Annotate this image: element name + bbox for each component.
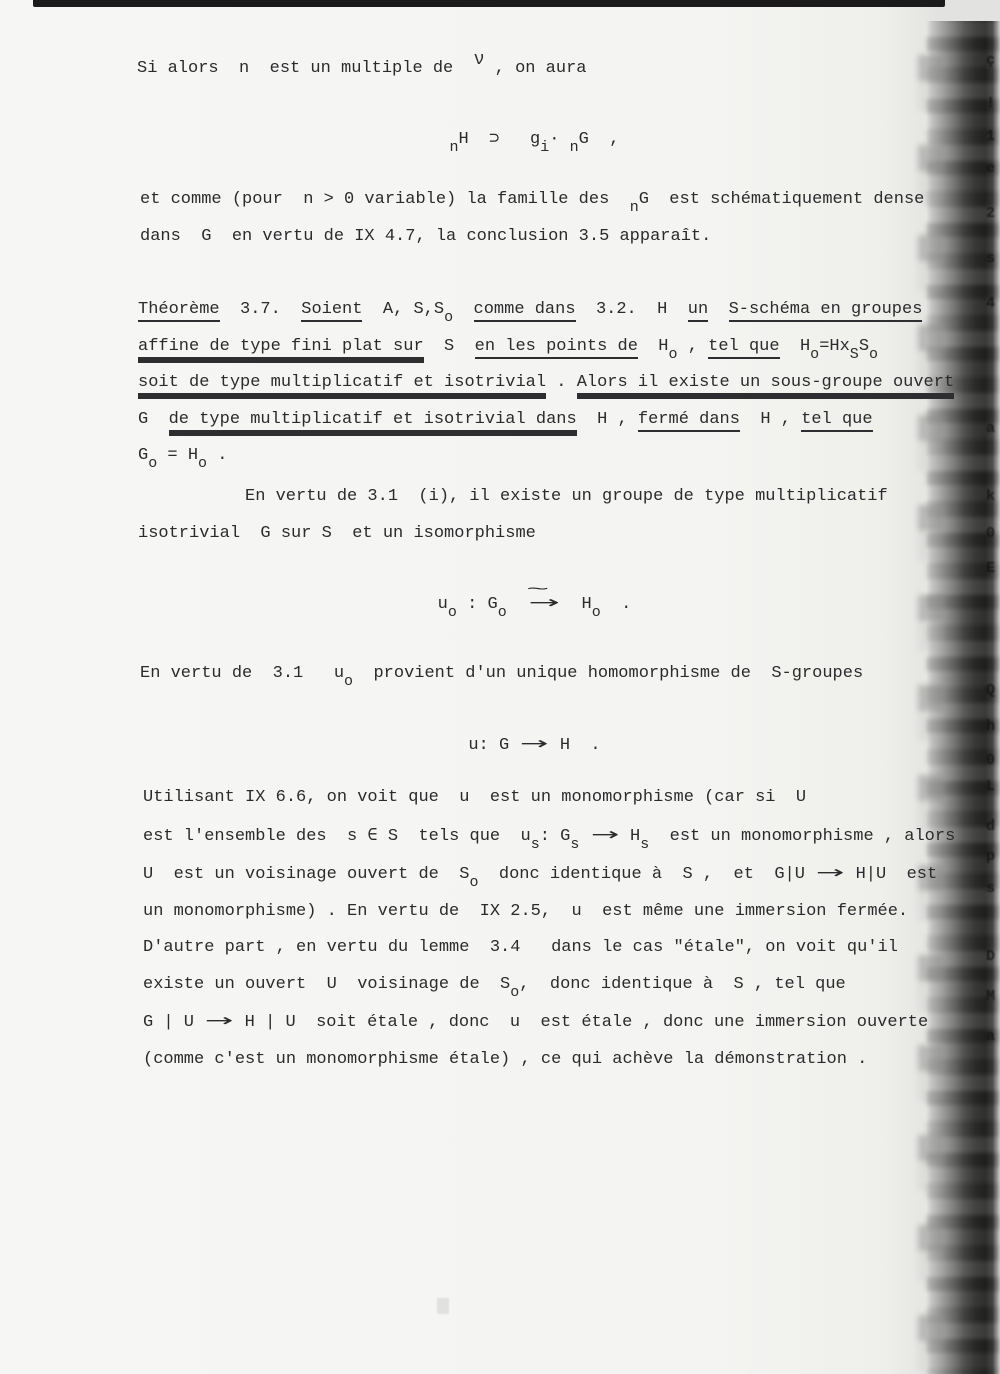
text-run: , donc identique à S , tel que	[519, 975, 845, 994]
superscript: ν	[474, 42, 485, 79]
text-run: est schématiquement dense	[649, 190, 924, 209]
text-run: ⊃	[489, 130, 499, 149]
subscript: o	[498, 595, 507, 632]
text-line: affine de type fini plat sur S en les po…	[138, 329, 954, 366]
subscript: o	[344, 664, 353, 701]
right-arrow-icon: →	[816, 855, 845, 892]
right-arrow-icon: →	[520, 726, 549, 763]
text-run: dans G en vertu de IX 4.7, la conclusion…	[140, 227, 711, 246]
text-run: G	[138, 446, 148, 465]
text-run: Si alors n est un multiple de	[137, 59, 474, 78]
display-formula-u: u: G → H .	[138, 726, 931, 765]
bleed-glyph: s	[986, 880, 995, 897]
text-run: .	[207, 446, 227, 465]
text-line: est l'ensemble des s ∈ S tels que us: Gs…	[143, 817, 955, 856]
text-run: est un monomorphisme , alors	[649, 827, 955, 846]
text-run: et comme (pour n > 0 variable) la famill…	[140, 190, 630, 209]
text-run: G	[579, 130, 589, 149]
text-line: G de type multiplicatif et isotrivial da…	[138, 402, 954, 439]
text-line: En vertu de 3.1 (i), il existe un groupe…	[138, 479, 888, 516]
text-run	[453, 300, 473, 319]
theoreme-3-7: Théorème 3.7. Soient A, S,So comme dans …	[138, 292, 954, 475]
text-run: ·	[549, 130, 569, 149]
text-run	[507, 595, 527, 614]
paragraph-demonstration: Utilisant IX 6.6, on voit que u est un m…	[143, 780, 955, 1078]
text-run: U est un voisinage ouvert de S	[143, 865, 469, 884]
text-run	[708, 300, 728, 319]
text-run: 3.7.	[220, 300, 302, 319]
subscript: o	[469, 865, 478, 902]
text-run: H	[620, 827, 640, 846]
text-run: En vertu de 3.1 (i), il existe un groupe…	[245, 487, 888, 506]
text-run	[469, 130, 489, 149]
isomorphism-arrow-icon: ~→	[527, 585, 561, 624]
text-run: H ,	[740, 410, 801, 429]
text-run: .	[546, 373, 577, 392]
text-run: Utilisant IX 6.6, on voit que u est un m…	[143, 788, 806, 807]
bleed-glyph: e	[986, 160, 995, 177]
text-line: u: G → H .	[138, 726, 931, 765]
underlined-run: Soient	[301, 300, 362, 322]
bleed-glyph: M	[986, 988, 995, 1005]
text-run: , on aura	[484, 59, 586, 78]
text-run: En vertu de 3.1 u	[140, 664, 344, 683]
text-run: H	[638, 337, 669, 356]
text-run: provient d'un unique homomorphisme de S-…	[353, 664, 863, 683]
subscript: s	[640, 827, 649, 864]
text-run: 3.2. H	[576, 300, 688, 319]
subscript: o	[448, 595, 457, 632]
text-line: (comme c'est un monomorphisme étale) , c…	[143, 1042, 955, 1079]
text-line: Go = Ho .	[138, 438, 954, 475]
text-line: En vertu de 3.1 uo provient d'un unique …	[140, 656, 863, 693]
subscript: n	[450, 130, 459, 167]
bleed-glyph: 0	[986, 752, 995, 769]
bleed-glyph: k	[986, 488, 995, 505]
subscript: o	[869, 337, 878, 374]
text-line: isotrivial G sur S et un isomorphisme	[138, 516, 888, 553]
underlined-run: tel que	[708, 337, 779, 359]
text-run: G	[138, 410, 169, 429]
display-formula-isomorphisme: uo : Go ~→ Ho .	[138, 585, 931, 624]
text-run: D'autre part , en vertu du lemme 3.4 dan…	[143, 938, 898, 957]
underlined-run: Théorème	[138, 300, 220, 322]
subscript: n	[570, 130, 579, 167]
paragraph-famille-dense: et comme (pour n > 0 variable) la famill…	[140, 182, 924, 255]
text-line: un monomorphisme) . En vertu de IX 2.5, …	[143, 894, 955, 931]
subscript: o	[148, 446, 157, 483]
subscript: o	[444, 300, 453, 337]
text-run: isotrivial G sur S et un isomorphisme	[138, 524, 536, 543]
text-line: D'autre part , en vertu du lemme 3.4 dan…	[143, 930, 955, 967]
text-run: est l'ensemble des s ∈ S tels que u	[143, 827, 531, 846]
bleed-glyph: Q	[986, 682, 995, 699]
underlined-run: affine de type fini plat sur	[138, 337, 424, 359]
text-run: =Hx	[819, 337, 850, 356]
paragraph-provient: En vertu de 3.1 uo provient d'un unique …	[140, 656, 863, 693]
subscript: s	[531, 827, 540, 864]
underlined-run: fermé dans	[638, 410, 740, 432]
text-line: existe un ouvert U voisinage de So, donc…	[143, 967, 955, 1004]
text-line: Si alors n est un multiple de ν , on aur…	[137, 50, 587, 88]
bleed-glyph: E	[986, 560, 995, 577]
subscript: o	[198, 446, 207, 483]
text-run: G	[639, 190, 649, 209]
subscript: i	[540, 130, 549, 167]
subscript: o	[810, 337, 819, 374]
text-run: H .	[550, 736, 601, 755]
text-run: existe un ouvert U voisinage de S	[143, 975, 510, 994]
text-run: donc identique à S , et G|U	[478, 865, 815, 884]
display-formula-inclusion: nH ⊃ gi· nG ,	[138, 122, 931, 159]
text-run: H	[780, 337, 811, 356]
subscript: o	[669, 337, 678, 374]
bleed-glyph: 0	[986, 525, 995, 542]
text-line: dans G en vertu de IX 4.7, la conclusion…	[140, 219, 924, 256]
bleed-glyph: D	[986, 948, 995, 965]
text-run: ,	[678, 337, 709, 356]
underlined-run: tel que	[801, 410, 872, 432]
text-run: (comme c'est un monomorphisme étale) , c…	[143, 1050, 867, 1069]
scan-page: ç!1e2s4ak0EQh0LdpsDMa Si alors n est un …	[0, 0, 1000, 1374]
subscript: o	[510, 975, 519, 1012]
bleed-glyph: 2	[986, 205, 995, 222]
text-run: A, S,S	[362, 300, 444, 319]
text-run: S	[859, 337, 869, 356]
scan-top-edge-bar	[33, 0, 945, 7]
text-run: H	[459, 130, 469, 149]
bleed-glyph: s	[986, 250, 995, 267]
text-run: g	[499, 130, 540, 149]
underlined-run: de type multiplicatif et isotrivial dans	[169, 410, 577, 432]
right-arrow-icon: →	[590, 817, 619, 854]
text-line: et comme (pour n > 0 variable) la famill…	[140, 182, 924, 219]
text-run: : G	[457, 595, 498, 614]
underlined-run: Alors il existe un sous-groupe ouvert	[577, 373, 954, 395]
underlined-run: comme dans	[474, 300, 576, 322]
arrow-glyph: →	[528, 585, 559, 622]
text-run: S	[424, 337, 475, 356]
bleed-glyph: L	[986, 778, 995, 795]
bleed-glyph: !	[986, 95, 995, 112]
text-run: = H	[157, 446, 198, 465]
intro-sentence: Si alors n est un multiple de ν , on aur…	[137, 50, 587, 88]
subscript: S	[850, 337, 859, 374]
text-line: G | U → H | U soit étale , donc u est ét…	[143, 1003, 955, 1042]
text-run: u: G	[468, 736, 519, 755]
subscript: o	[592, 595, 601, 632]
paragraph-en-vertu-3-1: En vertu de 3.1 (i), il existe un groupe…	[138, 479, 888, 552]
text-line: uo : Go ~→ Ho .	[138, 585, 931, 624]
text-run: H|U est	[845, 865, 937, 884]
text-run	[579, 827, 589, 846]
underlined-run: un	[688, 300, 708, 322]
bleed-glyph: 1	[986, 128, 995, 145]
bleed-glyph: h	[986, 718, 995, 735]
text-line: U est un voisinage ouvert de So donc ide…	[143, 855, 955, 894]
text-run: u	[438, 595, 448, 614]
text-run: G | U	[143, 1013, 204, 1032]
text-run: H ,	[577, 410, 638, 429]
subscript: n	[630, 190, 639, 227]
bleed-glyph: ç	[986, 52, 995, 69]
binding-bleed-glyphs: ç!1e2s4ak0EQh0LdpsDMa	[926, 0, 1000, 1374]
right-arrow-icon: →	[205, 1003, 234, 1040]
bleed-glyph: 4	[986, 295, 995, 312]
text-run: H	[561, 595, 592, 614]
text-run: .	[601, 595, 632, 614]
subscript: s	[570, 827, 579, 864]
text-line: Utilisant IX 6.6, on voit que u est un m…	[143, 780, 955, 817]
text-line: nH ⊃ gi· nG ,	[138, 122, 931, 159]
text-run: : G	[540, 827, 571, 846]
underlined-run: soit de type multiplicatif et isotrivial	[138, 373, 546, 395]
text-run: ,	[589, 130, 620, 149]
bleed-glyph: a	[986, 1028, 995, 1045]
bleed-glyph: a	[986, 420, 995, 437]
bleed-glyph: d	[986, 818, 995, 835]
underlined-run: en les points de	[475, 337, 638, 359]
bleed-glyph: p	[986, 848, 995, 865]
text-line: Théorème 3.7. Soient A, S,So comme dans …	[138, 292, 954, 329]
scan-smudge-mark	[437, 1298, 449, 1314]
text-run: H | U soit étale , donc u est étale , do…	[234, 1013, 928, 1032]
text-run: un monomorphisme) . En vertu de IX 2.5, …	[143, 902, 908, 921]
underlined-run: S-schéma en groupes	[729, 300, 923, 322]
text-line: soit de type multiplicatif et isotrivial…	[138, 365, 954, 402]
